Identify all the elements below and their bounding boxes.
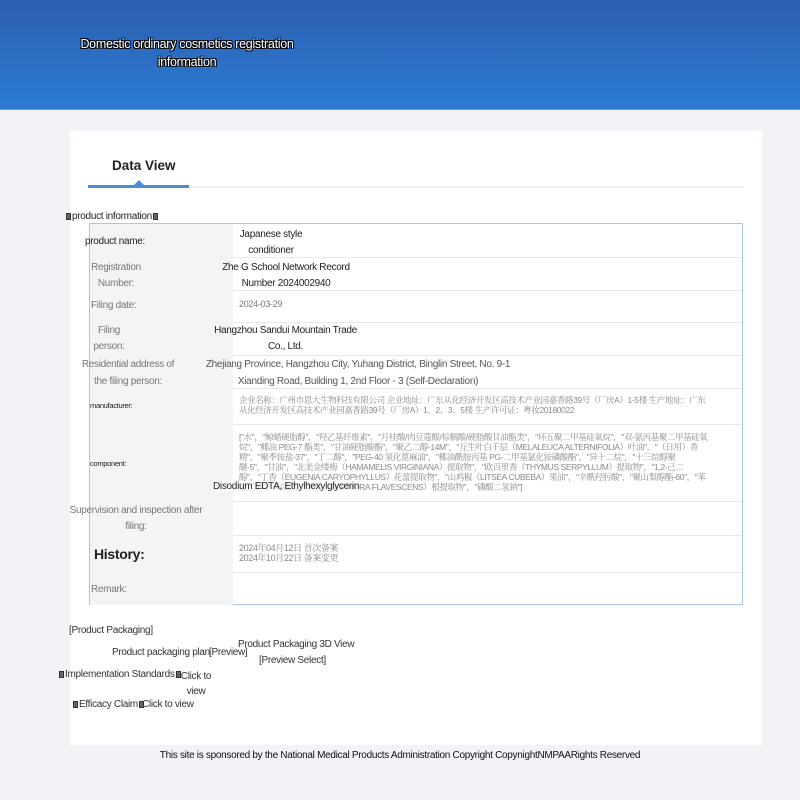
bracket-icon <box>66 213 71 220</box>
value-supervision <box>233 501 742 535</box>
packaging-plan-label: Product packaging plan <box>112 647 210 658</box>
footer-copyright: This site is sponsored by the National M… <box>0 750 800 761</box>
label-component: component: <box>90 424 233 501</box>
label-product-name: product name: <box>90 224 233 257</box>
value-registration-number: Zhe G School Network Record Number 20240… <box>233 257 742 290</box>
label-manufacturer: manufacturer: <box>90 388 233 424</box>
bracket-icon <box>73 701 78 708</box>
value-history: 2024年04月12日 首次备案 2024年10月22日 备案变更 <box>233 535 742 572</box>
value-remark <box>233 572 742 605</box>
row-history: History: 2024年04月12日 首次备案 2024年10月22日 备案… <box>90 535 742 573</box>
row-supervision: Supervision and inspection after filing: <box>90 501 742 536</box>
packaging-heading: [Product Packaging] <box>69 625 153 636</box>
row-manufacturer: manufacturer: 企业名称：广州市恩大生物科技有限公司 企业地址：广东… <box>90 388 742 425</box>
label-history: History: <box>90 535 233 572</box>
bracket-icon <box>153 213 158 220</box>
tab-active-indicator <box>88 185 189 188</box>
implementation-click-to-view-link[interactable]: Click to view <box>176 669 216 699</box>
row-filing-person: Filing person: Hangzhou Sandui Mountain … <box>90 322 742 356</box>
product-info-table: product name: Japanese style conditioner… <box>89 223 743 605</box>
caret-up-icon <box>134 180 144 185</box>
row-component: component: ["水"，"鲸蜡硬脂醇"，"羟乙基纤维素"，"月桂酸/肉豆… <box>90 424 742 502</box>
row-remark: Remark: <box>90 572 742 605</box>
label-filing-date: Filing date: <box>90 290 233 322</box>
efficacy-claim-row: Efficacy Claim <box>72 699 145 710</box>
row-residential-address: Residential address of the filing person… <box>90 355 742 389</box>
value-residential-address: Zhejiang Province, Hangzhou City, Yuhang… <box>233 355 742 388</box>
bracket-icon <box>59 671 64 678</box>
label-remark: Remark: <box>90 572 233 605</box>
packaging-3d-label: Product Packaging 3D View <box>238 639 354 650</box>
value-component: ["水"，"鲸蜡硬脂醇"，"羟乙基纤维素"，"月桂酸/肉豆蔻酸/棕榈酸/硬脂酸甘… <box>233 424 742 501</box>
value-manufacturer: 企业名称：广州市恩大生物科技有限公司 企业地址：广东从化经济开发区高技术产业园嘉… <box>233 388 742 424</box>
row-registration-number: Registration Number: Zhe G School Networ… <box>90 257 742 291</box>
label-supervision: Supervision and inspection after filing: <box>90 501 233 535</box>
section-title: product information <box>65 211 159 222</box>
header-banner: Domestic ordinary cosmetics registration… <box>0 0 800 110</box>
label-registration-number: Registration Number: <box>90 257 233 290</box>
efficacy-click-to-view-link[interactable]: Click to view <box>142 699 194 710</box>
tab-data-view[interactable]: Data View <box>112 158 176 173</box>
preview-select-link[interactable]: [Preview Select] <box>259 655 326 666</box>
implementation-standards-row: Implementation Standards <box>58 669 182 680</box>
page-title: Domestic ordinary cosmetics registration… <box>76 35 298 71</box>
row-filing-date: Filing date: 2024-03-29 <box>90 290 742 323</box>
value-product-name: Japanese style conditioner <box>233 224 742 257</box>
value-filing-person: Hangzhou Sandui Mountain Trade Co., Ltd. <box>233 322 742 355</box>
value-filing-date: 2024-03-29 <box>233 290 742 322</box>
row-product-name: product name: Japanese style conditioner <box>90 224 742 258</box>
